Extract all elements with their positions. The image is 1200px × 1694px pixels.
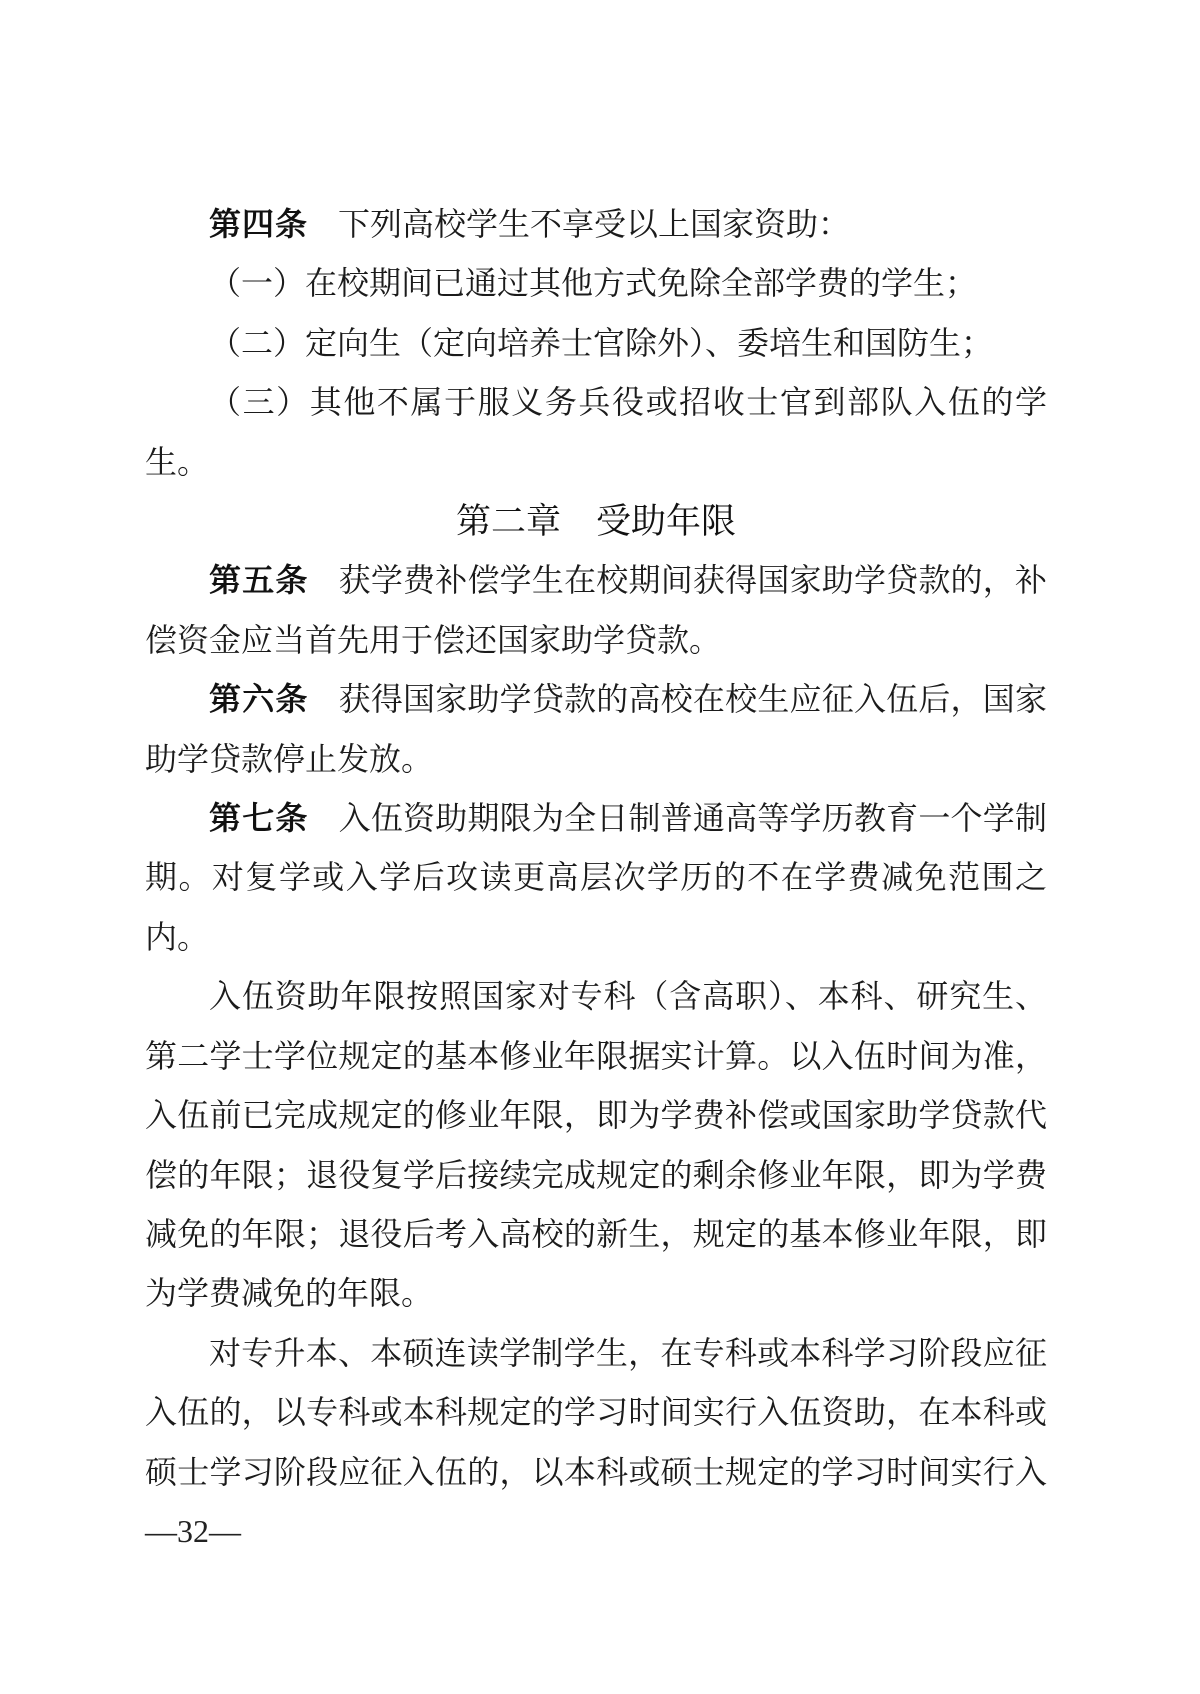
- text-line-content: 期。对复学或入学后攻读更高层次学历的不在学费减免范围之: [145, 859, 1047, 895]
- text-line-content: 第二学士学位规定的基本修业年限据实计算。以入伍时间为准，: [145, 1038, 1047, 1074]
- text-line-content: 减免的年限；退役后考入高校的新生，规定的基本修业年限，即: [145, 1216, 1047, 1252]
- text-line-content: （一）在校期间已通过其他方式免除全部学费的学生；: [209, 265, 977, 301]
- text-line: 入伍的，以专科或本科规定的学习时间实行入伍资助，在本科或: [145, 1383, 1047, 1442]
- text-line: 第六条获得国家助学贷款的高校在校生应征入伍后，国家: [145, 670, 1047, 729]
- text-line-content: 内。: [145, 919, 209, 955]
- text-line-content: 入伍资助年限按照国家对专科（含高职）、本科、研究生、: [209, 978, 1047, 1014]
- text-line: 为学费减免的年限。: [145, 1264, 1047, 1323]
- text-line: 期。对复学或入学后攻读更高层次学历的不在学费减免范围之: [145, 848, 1047, 907]
- text-line: 助学贷款停止发放。: [145, 730, 1047, 789]
- text-line: 硕士学习阶段应征入伍的，以本科或硕士规定的学习时间实行入: [145, 1443, 1047, 1502]
- text-line: 内。: [145, 908, 1047, 967]
- text-line-content: 偿资金应当首先用于偿还国家助学贷款。: [145, 622, 721, 658]
- article-number: 第四条: [209, 206, 308, 242]
- text-line: 对专升本、本硕连读学制学生，在专科或本科学习阶段应征: [145, 1324, 1047, 1383]
- text-line: （二）定向生（定向培养士官除外）、委培生和国防生；: [145, 314, 1047, 373]
- chapter-number: 第二章: [456, 502, 561, 541]
- text-line-content: （三）其他不属于服义务兵役或招收士官到部队入伍的学: [209, 384, 1047, 420]
- chapter-title: 受助年限: [596, 502, 736, 541]
- text-line-content: 下列高校学生不享受以上国家资助：: [338, 206, 850, 242]
- chapter-heading: 第二章受助年限: [145, 492, 1047, 551]
- text-line-content: 偿的年限；退役复学后接续完成规定的剩余修业年限，即为学费: [145, 1157, 1047, 1193]
- text-line: 入伍资助年限按照国家对专科（含高职）、本科、研究生、: [145, 967, 1047, 1026]
- text-line: 偿的年限；退役复学后接续完成规定的剩余修业年限，即为学费: [145, 1146, 1047, 1205]
- text-line: 生。: [145, 433, 1047, 492]
- article-number: 第六条: [209, 681, 309, 717]
- text-line: 偿资金应当首先用于偿还国家助学贷款。: [145, 611, 1047, 670]
- text-line: （三）其他不属于服义务兵役或招收士官到部队入伍的学: [145, 373, 1047, 432]
- page-number: —32—: [145, 1502, 1047, 1561]
- text-line: 减免的年限；退役后考入高校的新生，规定的基本修业年限，即: [145, 1205, 1047, 1264]
- text-line-content: 获得国家助学贷款的高校在校生应征入伍后，国家: [339, 681, 1047, 717]
- text-line-content: 生。: [145, 444, 209, 480]
- text-line-content: 对专升本、本硕连读学制学生，在专科或本科学习阶段应征: [209, 1335, 1047, 1371]
- article-number: 第七条: [209, 800, 309, 836]
- document-body: 第四条下列高校学生不享受以上国家资助： （一）在校期间已通过其他方式免除全部学费…: [145, 195, 1047, 1561]
- text-line: （一）在校期间已通过其他方式免除全部学费的学生；: [145, 254, 1047, 313]
- text-line-content: 获学费补偿学生在校期间获得国家助学贷款的，补: [339, 562, 1047, 598]
- text-line: 第七条入伍资助期限为全日制普通高等学历教育一个学制: [145, 789, 1047, 848]
- text-line-content: 入伍资助期限为全日制普通高等学历教育一个学制: [339, 800, 1047, 836]
- document-page: 第四条下列高校学生不享受以上国家资助： （一）在校期间已通过其他方式免除全部学费…: [0, 0, 1200, 1694]
- text-line-content: （二）定向生（定向培养士官除外）、委培生和国防生；: [209, 325, 993, 361]
- article-number: 第五条: [209, 562, 309, 598]
- text-line: 入伍前已完成规定的修业年限，即为学费补偿或国家助学贷款代: [145, 1086, 1047, 1145]
- text-line: 第四条下列高校学生不享受以上国家资助：: [145, 195, 1047, 254]
- text-line-content: 入伍的，以专科或本科规定的学习时间实行入伍资助，在本科或: [145, 1394, 1047, 1430]
- text-line: 第五条获学费补偿学生在校期间获得国家助学贷款的，补: [145, 551, 1047, 610]
- text-line-content: 硕士学习阶段应征入伍的，以本科或硕士规定的学习时间实行入: [145, 1454, 1047, 1490]
- text-line-content: 为学费减免的年限。: [145, 1275, 433, 1311]
- text-line-content: 入伍前已完成规定的修业年限，即为学费补偿或国家助学贷款代: [145, 1097, 1047, 1133]
- text-line-content: 助学贷款停止发放。: [145, 741, 433, 777]
- text-line: 第二学士学位规定的基本修业年限据实计算。以入伍时间为准，: [145, 1027, 1047, 1086]
